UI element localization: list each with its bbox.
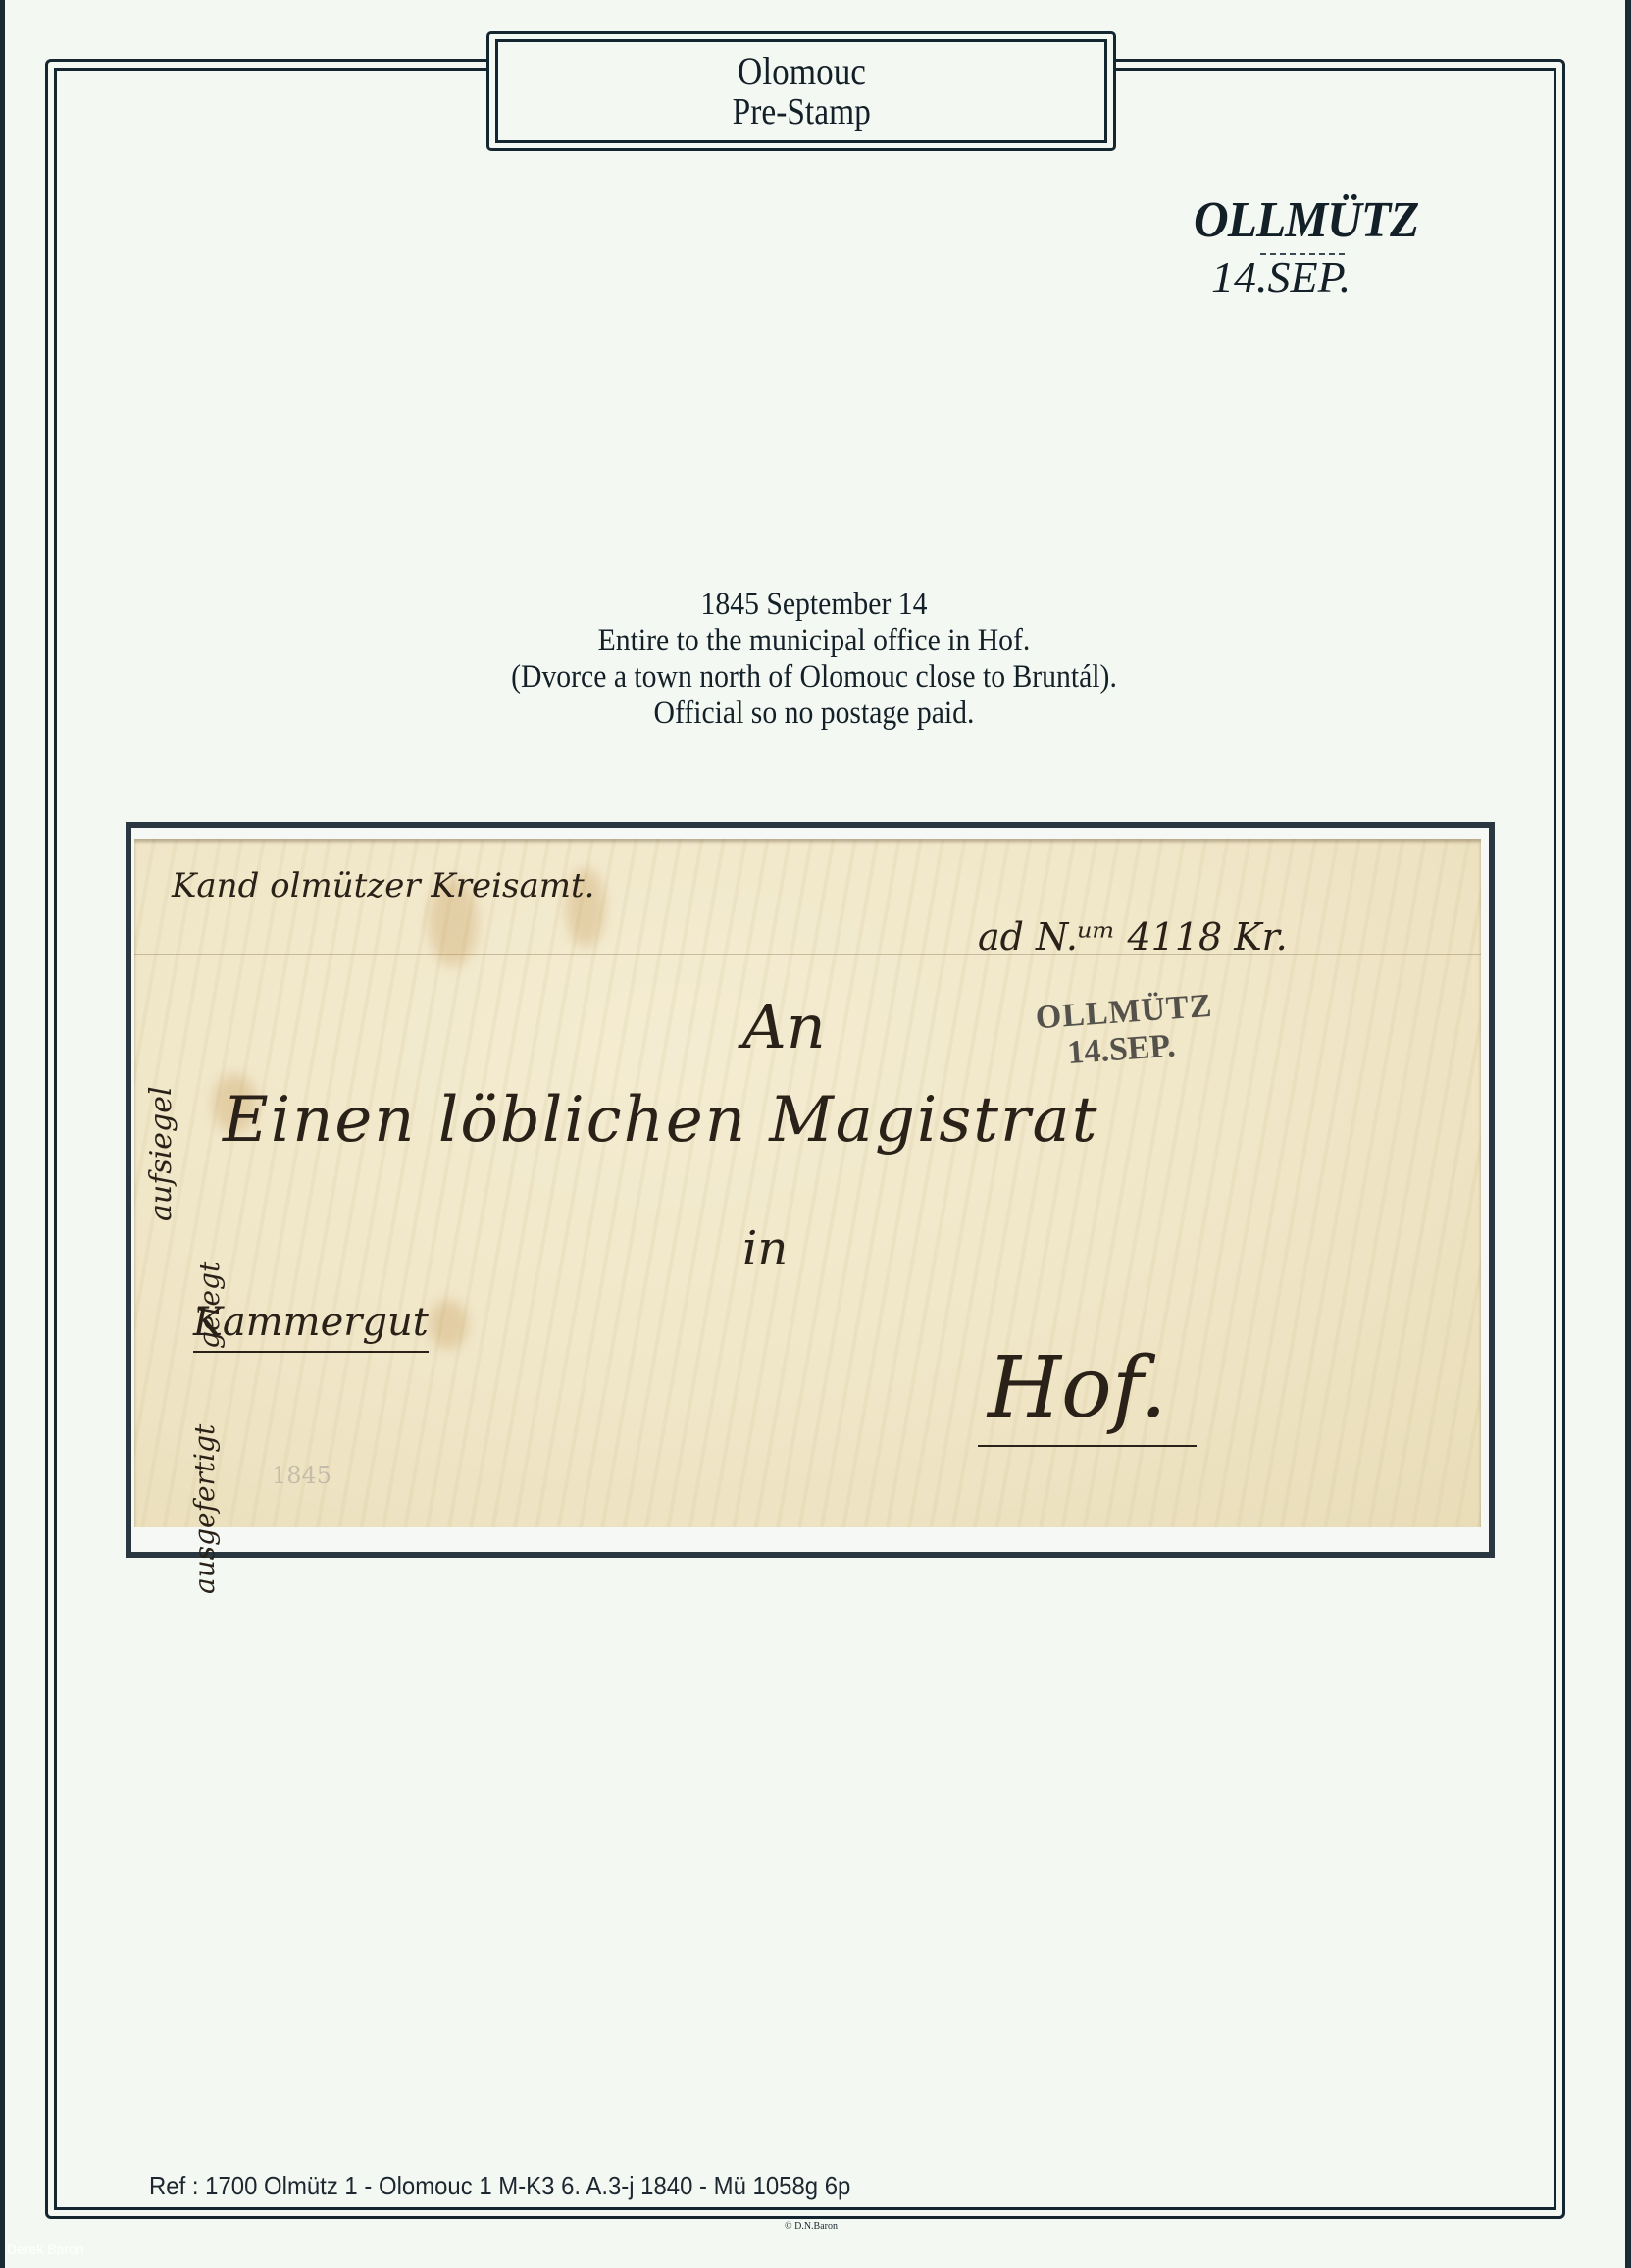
catalogue-reference: Ref : 1700 Olmütz 1 - Olomouc 1 M-K3 6. … [149, 2171, 850, 2201]
page-title: Olomouc [737, 52, 865, 91]
handwriting-district: Kammergut [193, 1300, 429, 1353]
handwriting-addressee: Einen löblichen Magistrat [223, 1084, 1098, 1157]
handwriting-vertical-note: gelegt [193, 1262, 226, 1349]
replica-postmark-date: 14.SEP. [1211, 255, 1456, 300]
description-line-location: (Dvorce a town north of Olomouc close to… [346, 659, 1282, 696]
description-line-date: 1845 September 14 [346, 587, 1282, 623]
postal-cover: Kand olmützer Kreisamt. ad N.ᵘᵐ 4118 Kr.… [134, 839, 1481, 1527]
handwriting-salutation: An [742, 991, 826, 1062]
description-line-addressee: Entire to the municipal office in Hof. [346, 623, 1282, 659]
watermark: Derek Baron [7, 2242, 84, 2257]
cover-description: 1845 September 14 Entire to the municipa… [294, 587, 1334, 732]
foxing-stain [429, 1300, 468, 1349]
handwriting-sender: Kand olmützer Kreisamt. [172, 866, 594, 905]
handwriting-vertical-note: ausgefertigt [188, 1424, 221, 1594]
title-box-inner: Olomouc Pre-Stamp [495, 39, 1107, 143]
cover-postmark: OLLMÜTZ 14.SEP. [1035, 990, 1216, 1072]
page-subtitle: Pre-Stamp [732, 93, 870, 130]
copyright-notice: © D.N.Baron [785, 2221, 838, 2232]
handwriting-reference-number: ad N.ᵘᵐ 4118 Kr. [978, 915, 1288, 958]
description-line-postage: Official so no postage paid. [346, 696, 1282, 732]
replica-postmark-town: OLLMÜTZ [1194, 191, 1444, 249]
handwriting-destination: Hof. [978, 1339, 1197, 1447]
cover-postmark-date: 14.SEP. [1066, 1027, 1216, 1070]
handwriting-vertical-note: aufsiegel [144, 1086, 178, 1221]
replica-postmark: OLLMÜTZ 14.SEP. [1182, 191, 1456, 300]
handwriting-preposition: in [742, 1221, 788, 1276]
scan-edge-right [1625, 0, 1631, 2268]
pencil-year-note: 1845 [272, 1462, 331, 1489]
scan-edge-left [0, 0, 5, 2268]
